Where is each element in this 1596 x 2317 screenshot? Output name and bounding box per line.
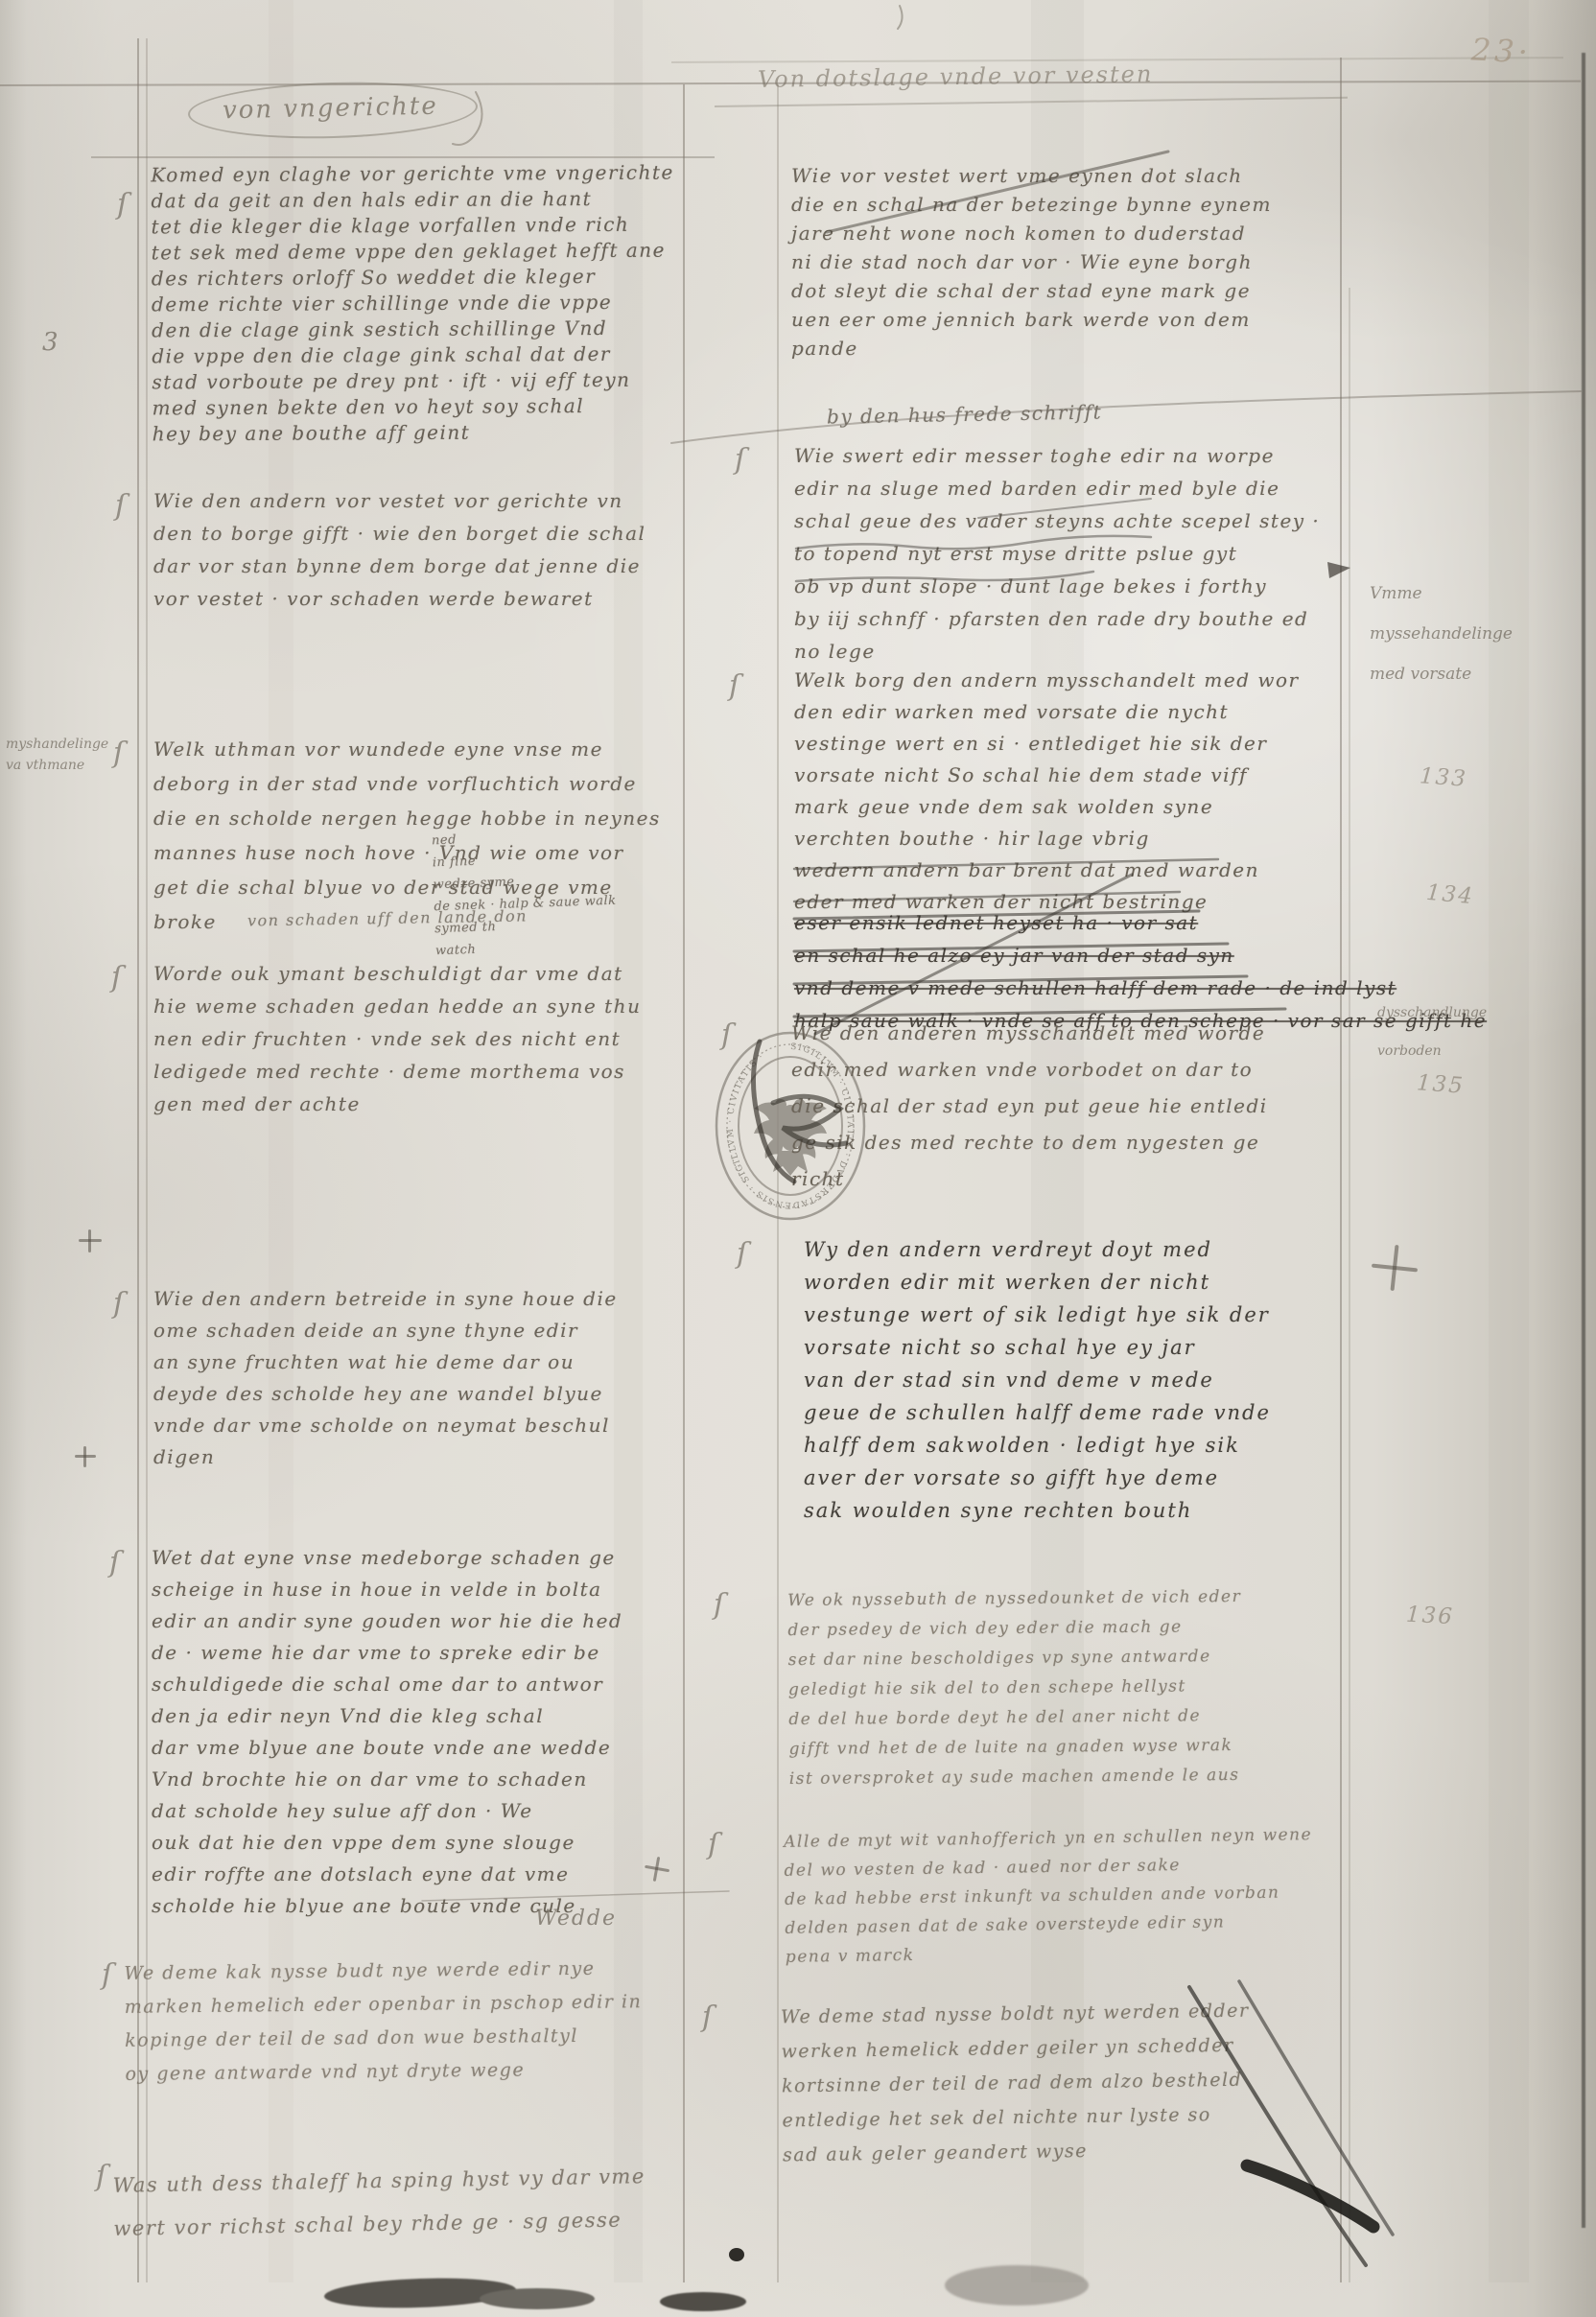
left-margin-rule-2 (146, 38, 148, 2282)
umme-margin-note: Vmmemyssehandelingemed vorsate (1370, 573, 1513, 694)
right-paragraph-8: Alle de myt wit vanhofferich yn en schul… (784, 1820, 1314, 1972)
left-paragraph-7: We deme kak nysse budt nye werde edir ny… (124, 1952, 643, 2092)
left-paragraph-6: Wet dat eyne vnse medeborge schaden gesc… (152, 1542, 622, 1922)
page-heading-right: Von dotslage vnde vor vesten (758, 60, 1154, 93)
paragraph-mark: ſ (109, 1546, 120, 1580)
right-margin-rule (1340, 58, 1342, 2282)
paragraph-mark: ſ (113, 1287, 124, 1321)
margin-number-136: 136 (1405, 1603, 1454, 1630)
right-paragraph-7: We ok nyssebuth de nyssedounket de vich … (787, 1582, 1243, 1794)
paragraph-mark: ſ (721, 1018, 732, 1052)
left-paragraph-5: Wie den andern betreide in syne houe die… (153, 1283, 618, 1473)
paragraph-mark: ſ (96, 2160, 106, 2193)
paragraph-mark: ſ (714, 1588, 724, 1622)
scan-edge-line (1582, 53, 1585, 2228)
margin-cross-mark (79, 1229, 102, 1252)
wedde-subheader: Wedde (535, 1907, 617, 1931)
margin-number-134: 134 (1425, 880, 1475, 909)
page-heading-left: von vngerichte (223, 92, 438, 126)
paragraph-mark: ſ (115, 489, 126, 523)
right-paragraph-1: Wie vor vestet wert vme eynen dot slachd… (791, 161, 1272, 363)
paragraph-mark: ſ (113, 737, 124, 770)
left-paragraph-1: Komed eyn claghe vor gerichte vme vngeri… (151, 160, 675, 448)
right-subheader: by den hus frede schrifft (827, 400, 1103, 428)
paragraph-mark: ſ (102, 1958, 112, 1992)
paragraph-mark: ſ (117, 188, 128, 222)
edge-smudge (945, 2265, 1089, 2305)
left-margin-note: myshandelingeva vthmane (6, 734, 108, 776)
left-paragraph-8: Was uth dess thaleff ha sping hyst vy da… (112, 2155, 646, 2251)
margin-cross-mark (75, 1446, 96, 1467)
right-paragraph-3: Welk borg den andern mysschandelt med wo… (794, 665, 1300, 918)
paragraph-mark: ſ (702, 2001, 713, 2034)
folio-number: 23· (1470, 31, 1533, 70)
paragraph-mark: ſ (111, 961, 122, 995)
edge-ink-blot (660, 2292, 746, 2311)
margin-cross-mark (1370, 1243, 1420, 1294)
right-paragraph-9: We deme stad nysse boldt nyt werden edde… (781, 1994, 1252, 2173)
right-margin-rule-2 (1349, 288, 1350, 2282)
ink-dot (729, 2248, 744, 2261)
edge-ink-blot (480, 2288, 595, 2309)
left-paragraph-4: Worde ouk ymant beschuldigt dar vme dath… (153, 957, 641, 1120)
paragraph-mark: ſ (729, 669, 739, 703)
left-margin-rule (137, 38, 139, 2282)
paragraph-mark: ſ (708, 1828, 718, 1861)
manuscript-scan: { "page": { "folio": "23·", "header_left… (0, 0, 1596, 2317)
right-paragraph-6: Wy den andern verdreyt doyt medworden ed… (804, 1233, 1271, 1527)
margin-number-133: 133 (1419, 763, 1468, 791)
right-paragraph-2: Wie swert edir messer toghe edir na worp… (794, 439, 1320, 667)
gutter-rule-left (683, 84, 685, 2282)
paragraph-mark: ſ (735, 443, 745, 477)
left-paragraph-2: Wie den andern vor vestet vor gerichte v… (153, 484, 645, 615)
left-margin-digit: 3 (42, 328, 59, 357)
margin-cross-mark (643, 1855, 671, 1884)
margin-gloss-note: dysschandlungevorboden (1377, 994, 1487, 1070)
margin-number-135: 135 (1416, 1070, 1466, 1098)
paragraph-mark: ſ (737, 1237, 747, 1271)
right-paragraph-5: Wie den anderen mysschandelt med wordeed… (791, 1015, 1268, 1197)
gutter-gloss: nedin finewedze symede snek · halp & sau… (432, 824, 619, 963)
left-header-rule (91, 156, 715, 158)
